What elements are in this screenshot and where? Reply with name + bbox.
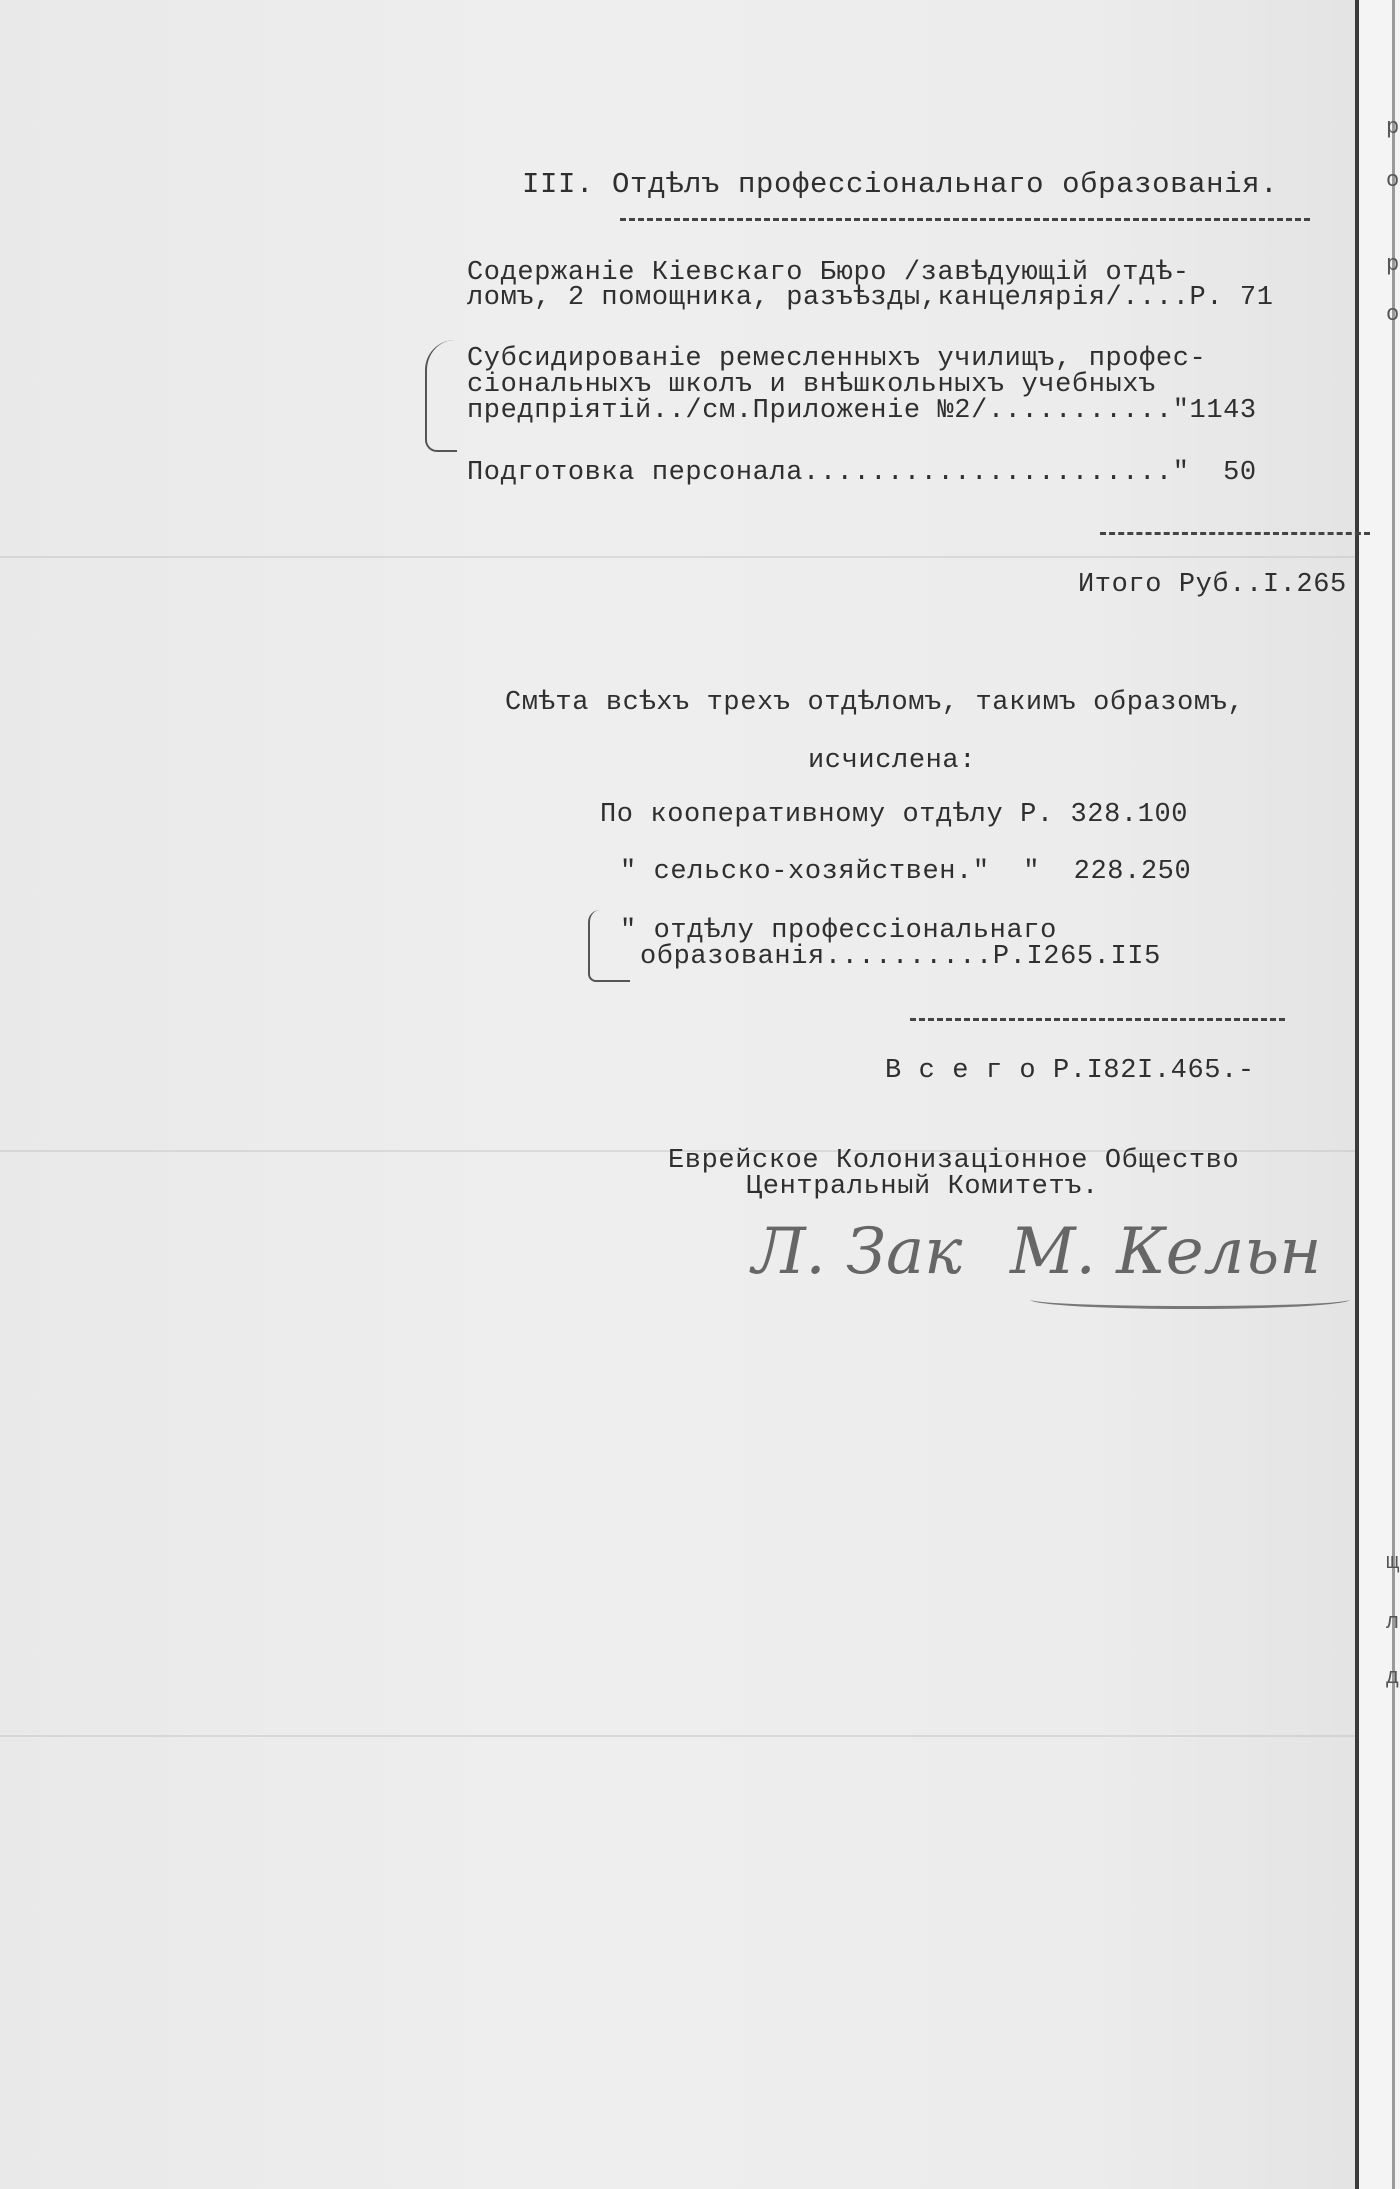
edge-fragment: о — [1386, 302, 1399, 327]
summary-intro: Смѣта всѣхъ трехъ отдѣломъ, такимъ образ… — [505, 688, 1244, 718]
heading-underline — [620, 218, 1310, 221]
edge-fragment: л — [1386, 1610, 1399, 1635]
signature-2: М. Кельн — [1010, 1215, 1321, 1289]
item-2-line-3: предпріятій../см.Приложеніе №2/.........… — [467, 396, 1257, 426]
item-1-line-2: ломъ, 2 помощника, разъѣзды,канцелярія/.… — [467, 283, 1274, 313]
edge-fragment: р — [1386, 115, 1399, 140]
item-3-line-1: Подготовка персонала....................… — [467, 458, 1257, 488]
subtotal-rule — [1100, 532, 1370, 535]
grand-total-rule — [910, 1018, 1285, 1021]
summary-row-agricultural: " сельско-хозяйствен." " 228.250 — [620, 857, 1191, 887]
handwritten-bracket — [425, 340, 457, 452]
subtotal: Итого Руб..I.265 — [1078, 570, 1347, 600]
section-heading: III. Отдѣлъ профессіональнаго образовані… — [522, 168, 1278, 201]
summary-intro-2: исчислена: — [808, 746, 976, 776]
edge-fragment: о — [1386, 168, 1399, 193]
edge-fragment: р — [1386, 252, 1399, 277]
signature-1: Л. Зак — [752, 1215, 962, 1289]
paper-fold — [0, 1735, 1355, 1737]
committee-name: Центральный Комитетъ. — [746, 1172, 1099, 1202]
signature-flourish — [1030, 1290, 1350, 1309]
page-edge-line — [1355, 0, 1359, 2189]
paper-fold — [0, 556, 1355, 558]
grand-total: В с е г о Р.I82I.465.- — [885, 1056, 1255, 1086]
edge-fragment: щ — [1386, 1550, 1399, 1575]
edge-fragment: д — [1386, 1665, 1399, 1690]
page-edge-line-secondary — [1392, 0, 1395, 2189]
summary-row-professional-2: образованія..........Р.I265.II5 — [640, 942, 1161, 972]
paper-sheet — [0, 0, 1355, 2189]
summary-row-cooperative: По кооперативному отдѣлу Р. 328.100 — [600, 800, 1188, 830]
